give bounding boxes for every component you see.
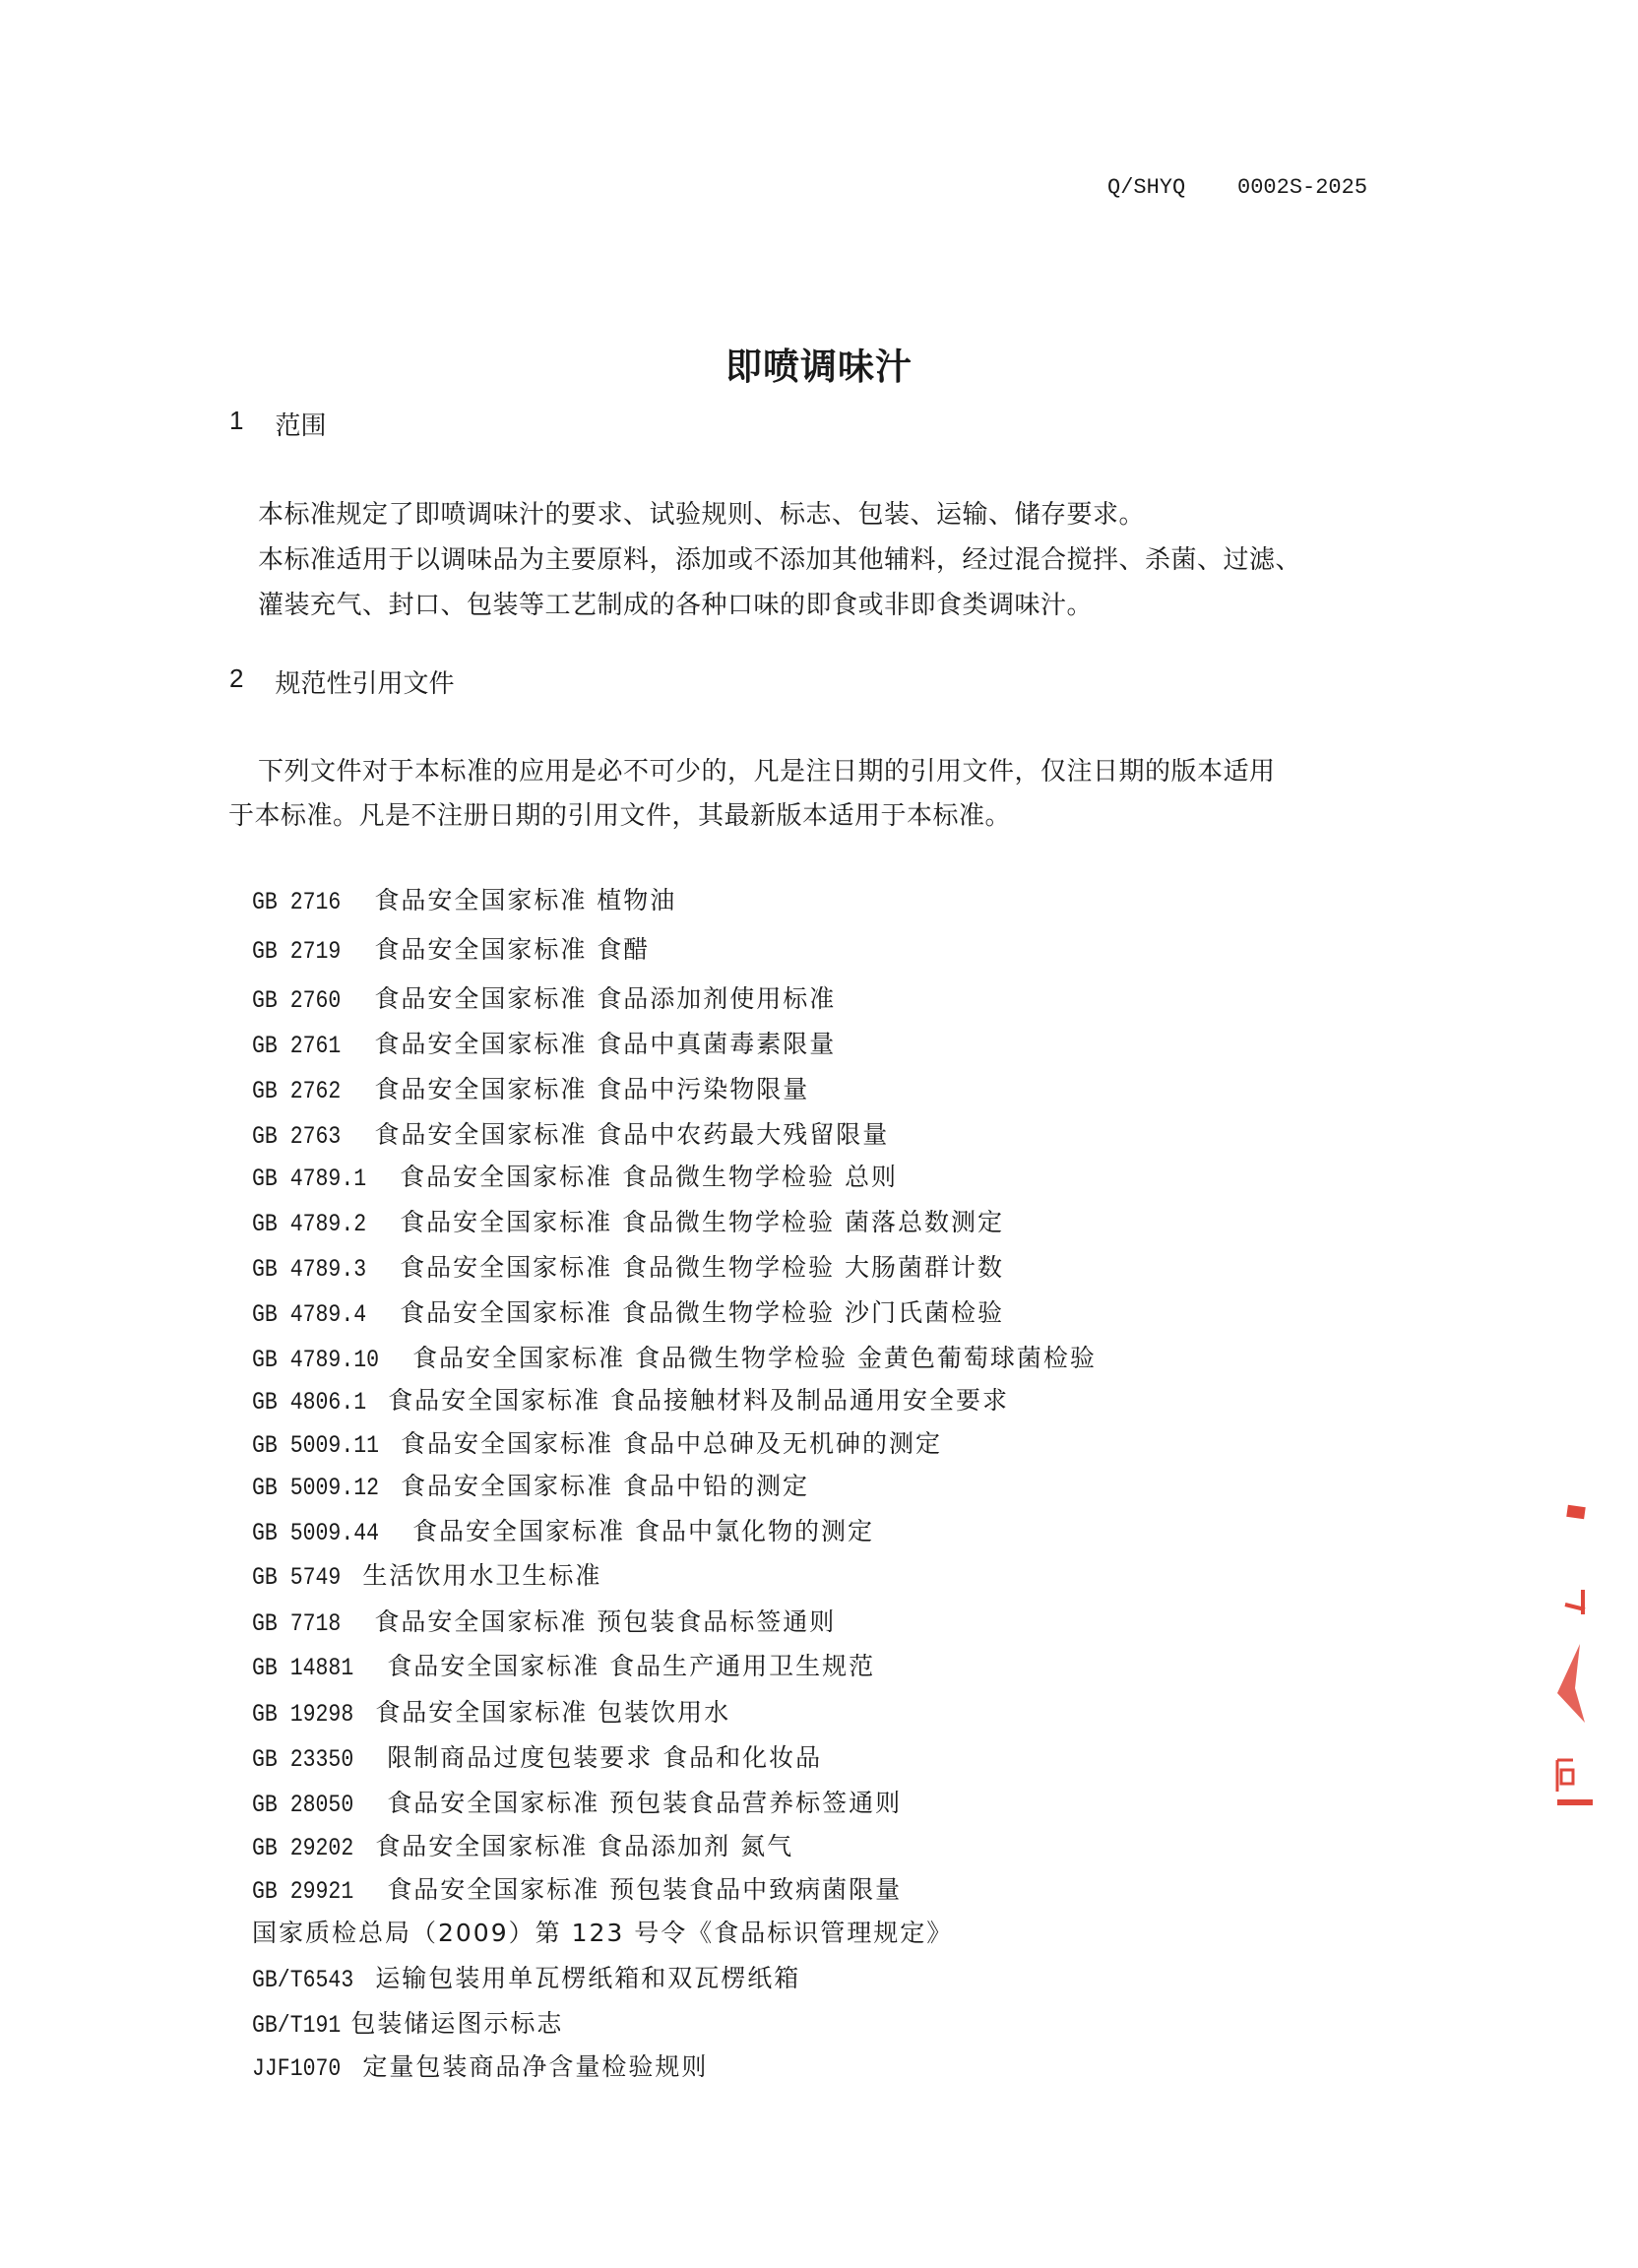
reference-item: GB 2761食品安全国家标准 食品中真菌毒素限量: [252, 1025, 836, 1060]
reference-code: GB 14881: [252, 1654, 353, 1682]
reference-title: 限制商品过度包装要求 食品和化妆品: [387, 1738, 822, 1774]
reference-code: GB 5009.12: [252, 1474, 379, 1502]
reference-title: 食品安全国家标准 食品微生物学检验 沙门氏菌检验: [400, 1293, 1004, 1329]
section-title: 范围: [275, 406, 326, 442]
reference-title: 食品安全国家标准 食品添加剂 氮气: [375, 1827, 793, 1862]
reference-title: 食品安全国家标准 食品微生物学检验 大肠菌群计数: [400, 1248, 1004, 1284]
reference-item: GB 2762食品安全国家标准 食品中污染物限量: [252, 1070, 809, 1105]
reference-item: GB/T6543运输包装用单瓦楞纸箱和双瓦楞纸箱: [252, 1959, 800, 1994]
reference-code: GB/T6543: [252, 1966, 353, 1994]
reference-title: 食品安全国家标准 食品添加剂使用标准: [374, 979, 836, 1015]
reference-item: GB 2719食品安全国家标准 食醋: [252, 930, 650, 966]
section-number: 1: [229, 406, 243, 442]
scope-paragraph-3: 灌装充气、封口、包装等工艺制成的各种口味的即食或非即食类调味汁。: [258, 585, 1093, 621]
reference-title: 食品安全国家标准 食品微生物学检验 总则: [400, 1158, 898, 1193]
normative-intro-line-1: 下列文件对于本标准的应用是必不可少的，凡是注日期的引用文件，仅注日期的版本适用: [258, 751, 1276, 787]
reference-code: GB 28050: [252, 1791, 353, 1819]
normative-intro-line-2: 于本标准。凡是不注册日期的引用文件，其最新版本适用于本标准。: [228, 795, 1011, 832]
reference-title: 食品安全国家标准 植物油: [374, 881, 676, 916]
reference-title: 包装储运图示标志: [350, 2004, 563, 2040]
reference-item: GB 5009.11食品安全国家标准 食品中总砷及无机砷的测定: [252, 1424, 942, 1460]
reference-item: GB 4806.1食品安全国家标准 食品接触材料及制品通用安全要求: [252, 1381, 1009, 1417]
reference-code: GB 29921: [252, 1877, 353, 1906]
reference-item: GB/T191包装储运图示标志: [252, 2004, 563, 2040]
reference-item: GB 28050食品安全国家标准 预包装食品营养标签通则: [252, 1784, 902, 1819]
red-seal-stamp: [1545, 1496, 1605, 1821]
reference-code: GB 4789.10: [252, 1346, 379, 1374]
reference-title: 定量包装商品净含量检验规则: [362, 2047, 708, 2083]
reference-title: 食品安全国家标准 食品中铅的测定: [401, 1467, 809, 1502]
reference-code: GB 4806.1: [252, 1388, 366, 1417]
scope-paragraph-1: 本标准规定了即喷调味汁的要求、试验规则、标志、包装、运输、储存要求。: [258, 494, 1145, 531]
reference-item: GB 7718食品安全国家标准 预包装食品标签通则: [252, 1603, 836, 1638]
reference-code: GB 2719: [252, 937, 341, 966]
reference-title: 食品安全国家标准 食品中氯化物的测定: [412, 1512, 874, 1547]
reference-code: GB 23350: [252, 1745, 353, 1774]
reference-code: GB 2763: [252, 1122, 341, 1151]
section-title: 规范性引用文件: [275, 663, 454, 700]
reference-code: GB 2762: [252, 1077, 341, 1105]
reference-item: GB 4789.10食品安全国家标准 食品微生物学检验 金黄色葡萄球菌检验: [252, 1339, 1097, 1374]
reference-code: GB 5009.44: [252, 1519, 379, 1547]
reference-item: GB 19298食品安全国家标准 包装饮用水: [252, 1693, 730, 1729]
reference-item: GB 2716食品安全国家标准 植物油: [252, 881, 676, 916]
reference-title: 食品安全国家标准 食醋: [374, 930, 650, 966]
reference-code: GB 2716: [252, 888, 341, 916]
reference-code: GB 7718: [252, 1609, 341, 1638]
standard-code: Q/SHYQ 0002S-2025: [1107, 175, 1367, 200]
reference-title: 食品安全国家标准 预包装食品中致病菌限量: [387, 1870, 902, 1906]
reference-title: 食品安全国家标准 食品中污染物限量: [374, 1070, 809, 1105]
section-2-heading: 2 规范性引用文件: [229, 663, 454, 700]
reference-item: JJF1070定量包装商品净含量检验规则: [252, 2047, 708, 2083]
reference-item: GB 5009.44食品安全国家标准 食品中氯化物的测定: [252, 1512, 874, 1547]
reference-title: 运输包装用单瓦楞纸箱和双瓦楞纸箱: [375, 1959, 800, 1994]
reference-code: GB 2760: [252, 986, 341, 1015]
reference-item: GB 5009.12食品安全国家标准 食品中铅的测定: [252, 1467, 809, 1502]
reference-item: GB 4789.2食品安全国家标准 食品微生物学检验 菌落总数测定: [252, 1203, 1004, 1238]
section-1-heading: 1 范围: [229, 406, 326, 442]
reference-code: GB 19298: [252, 1700, 353, 1729]
reference-title: 食品安全国家标准 食品中农药最大残留限量: [374, 1115, 889, 1151]
document-title: 即喷调味汁: [0, 337, 1638, 390]
reference-code: GB 29202: [252, 1834, 353, 1862]
reference-item: GB 29921食品安全国家标准 预包装食品中致病菌限量: [252, 1870, 902, 1906]
reference-item: GB 4789.4食品安全国家标准 食品微生物学检验 沙门氏菌检验: [252, 1293, 1004, 1329]
reference-title: 食品安全国家标准 食品接触材料及制品通用安全要求: [388, 1381, 1009, 1417]
reference-title: 食品安全国家标准 预包装食品营养标签通则: [387, 1784, 902, 1819]
reference-code: GB 5009.11: [252, 1431, 379, 1460]
reference-title: 食品安全国家标准 食品生产通用卫生规范: [387, 1647, 875, 1682]
reference-title: 食品安全国家标准 食品微生物学检验 金黄色葡萄球菌检验: [412, 1339, 1097, 1374]
reference-title: 食品安全国家标准 食品中真菌毒素限量: [374, 1025, 836, 1060]
reference-title: 生活饮用水卫生标准: [362, 1556, 601, 1592]
reference-code: GB 4789.4: [252, 1300, 366, 1329]
reference-item: GB 4789.3食品安全国家标准 食品微生物学检验 大肠菌群计数: [252, 1248, 1004, 1284]
reference-item: GB 23350限制商品过度包装要求 食品和化妆品: [252, 1738, 822, 1774]
reference-item: 国家质检总局（2009）第 123 号令《食品标识管理规定》: [252, 1914, 953, 1949]
scope-paragraph-2: 本标准适用于以调味品为主要原料，添加或不添加其他辅料，经过混合搅拌、杀菌、过滤、: [258, 539, 1301, 576]
reference-title: 食品安全国家标准 食品微生物学检验 菌落总数测定: [400, 1203, 1004, 1238]
reference-item: GB 29202食品安全国家标准 食品添加剂 氮气: [252, 1827, 793, 1862]
reference-code: JJF1070: [252, 2054, 341, 2083]
reference-item: GB 4789.1食品安全国家标准 食品微生物学检验 总则: [252, 1158, 898, 1193]
reference-title: 食品安全国家标准 包装饮用水: [375, 1693, 730, 1729]
reference-item: GB 5749生活饮用水卫生标准: [252, 1556, 601, 1592]
reference-item: GB 2763食品安全国家标准 食品中农药最大残留限量: [252, 1115, 889, 1151]
reference-code: GB 4789.3: [252, 1255, 366, 1284]
reference-code: GB 2761: [252, 1032, 341, 1060]
reference-item: GB 2760食品安全国家标准 食品添加剂使用标准: [252, 979, 836, 1015]
reference-item: GB 14881食品安全国家标准 食品生产通用卫生规范: [252, 1647, 875, 1682]
reference-code: GB/T191: [252, 2011, 341, 2040]
reference-code: GB 4789.1: [252, 1165, 366, 1193]
section-number: 2: [229, 663, 243, 700]
reference-code: GB 5749: [252, 1563, 341, 1592]
reference-title: 国家质检总局（2009）第 123 号令《食品标识管理规定》: [252, 1914, 953, 1949]
reference-code: GB 4789.2: [252, 1210, 366, 1238]
reference-title: 食品安全国家标准 食品中总砷及无机砷的测定: [401, 1424, 942, 1460]
reference-title: 食品安全国家标准 预包装食品标签通则: [374, 1603, 836, 1638]
